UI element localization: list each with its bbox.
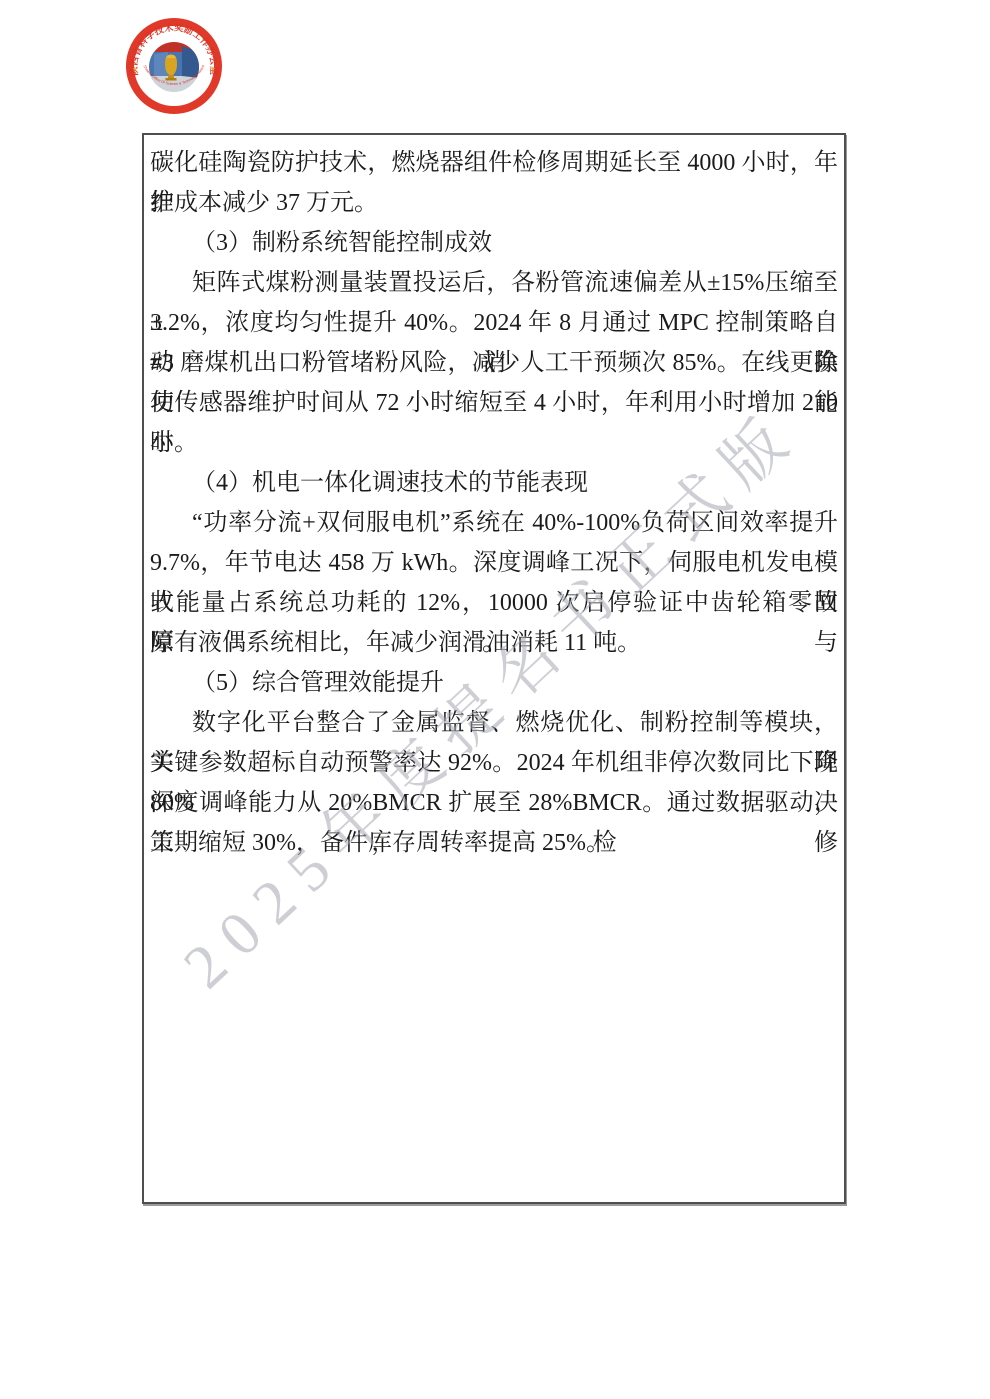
seal-star-left-icon: ★ (132, 66, 137, 73)
document-line: 矩阵式煤粉测量装置投运后，各粉管流速偏差从±15%压缩至± (150, 263, 838, 303)
document-line: （4）机电一体化调速技术的节能表现 (150, 463, 838, 503)
content-box: 碳化硅陶瓷防护技术，燃烧器组件检修周期延长至 4000 小时，年维护成本减少 3… (142, 133, 846, 1204)
document-line: 深度调峰能力从 20%BMCR 扩展至 28%BMCR。通过数据驱动决策，检修 (150, 783, 838, 823)
document-lines: 碳化硅陶瓷防护技术，燃烧器组件检修周期延长至 4000 小时，年维护成本减少 3… (150, 143, 838, 863)
document-line: #3 磨煤机出口粉管堵粉风险，减少人工干预频次 85%。在线更换功能 (150, 343, 838, 383)
document-line: “功率分流+双伺服电机”系统在 40%-100%负荷区间效率提升 (150, 503, 838, 543)
seal-star-right-icon: ★ (210, 66, 215, 73)
document-line: 收能量占系统总功耗的 12%，10000 次启停验证中齿轮箱零故障。与 (150, 583, 838, 623)
document-line: 碳化硅陶瓷防护技术，燃烧器组件检修周期延长至 4000 小时，年维 (150, 143, 838, 183)
document-line: 时。 (150, 423, 838, 463)
document-line: 使传感器维护时间从 72 小时缩短至 4 小时，年利用小时增加 210 小 (150, 383, 838, 423)
document-line: 9.7%，年节电达 458 万 kWh。深度调峰工况下，伺服电机发电模式回 (150, 543, 838, 583)
document-line: 护成本减少 37 万元。 (150, 183, 838, 223)
document-line: 3.2%，浓度均匀性提升 40%。2024 年 8 月通过 MPC 控制策略自动… (150, 303, 838, 343)
document-line: （3）制粉系统智能控制成效 (150, 223, 838, 263)
document-line: 数字化平台整合了金属监督、燃烧优化、制粉控制等模块，实现 (150, 703, 838, 743)
document-line: （5）综合管理效能提升 (150, 663, 838, 703)
award-office-seal-icon: 陕西省科学技术奖励工作办公室 Shaanxi Office Of Science… (124, 16, 224, 116)
document-page: 陕西省科学技术奖励工作办公室 Shaanxi Office Of Science… (0, 0, 990, 1399)
document-line: 关键参数超标自动预警率达 92%。2024 年机组非停次数同比下降 80%， (150, 743, 838, 783)
